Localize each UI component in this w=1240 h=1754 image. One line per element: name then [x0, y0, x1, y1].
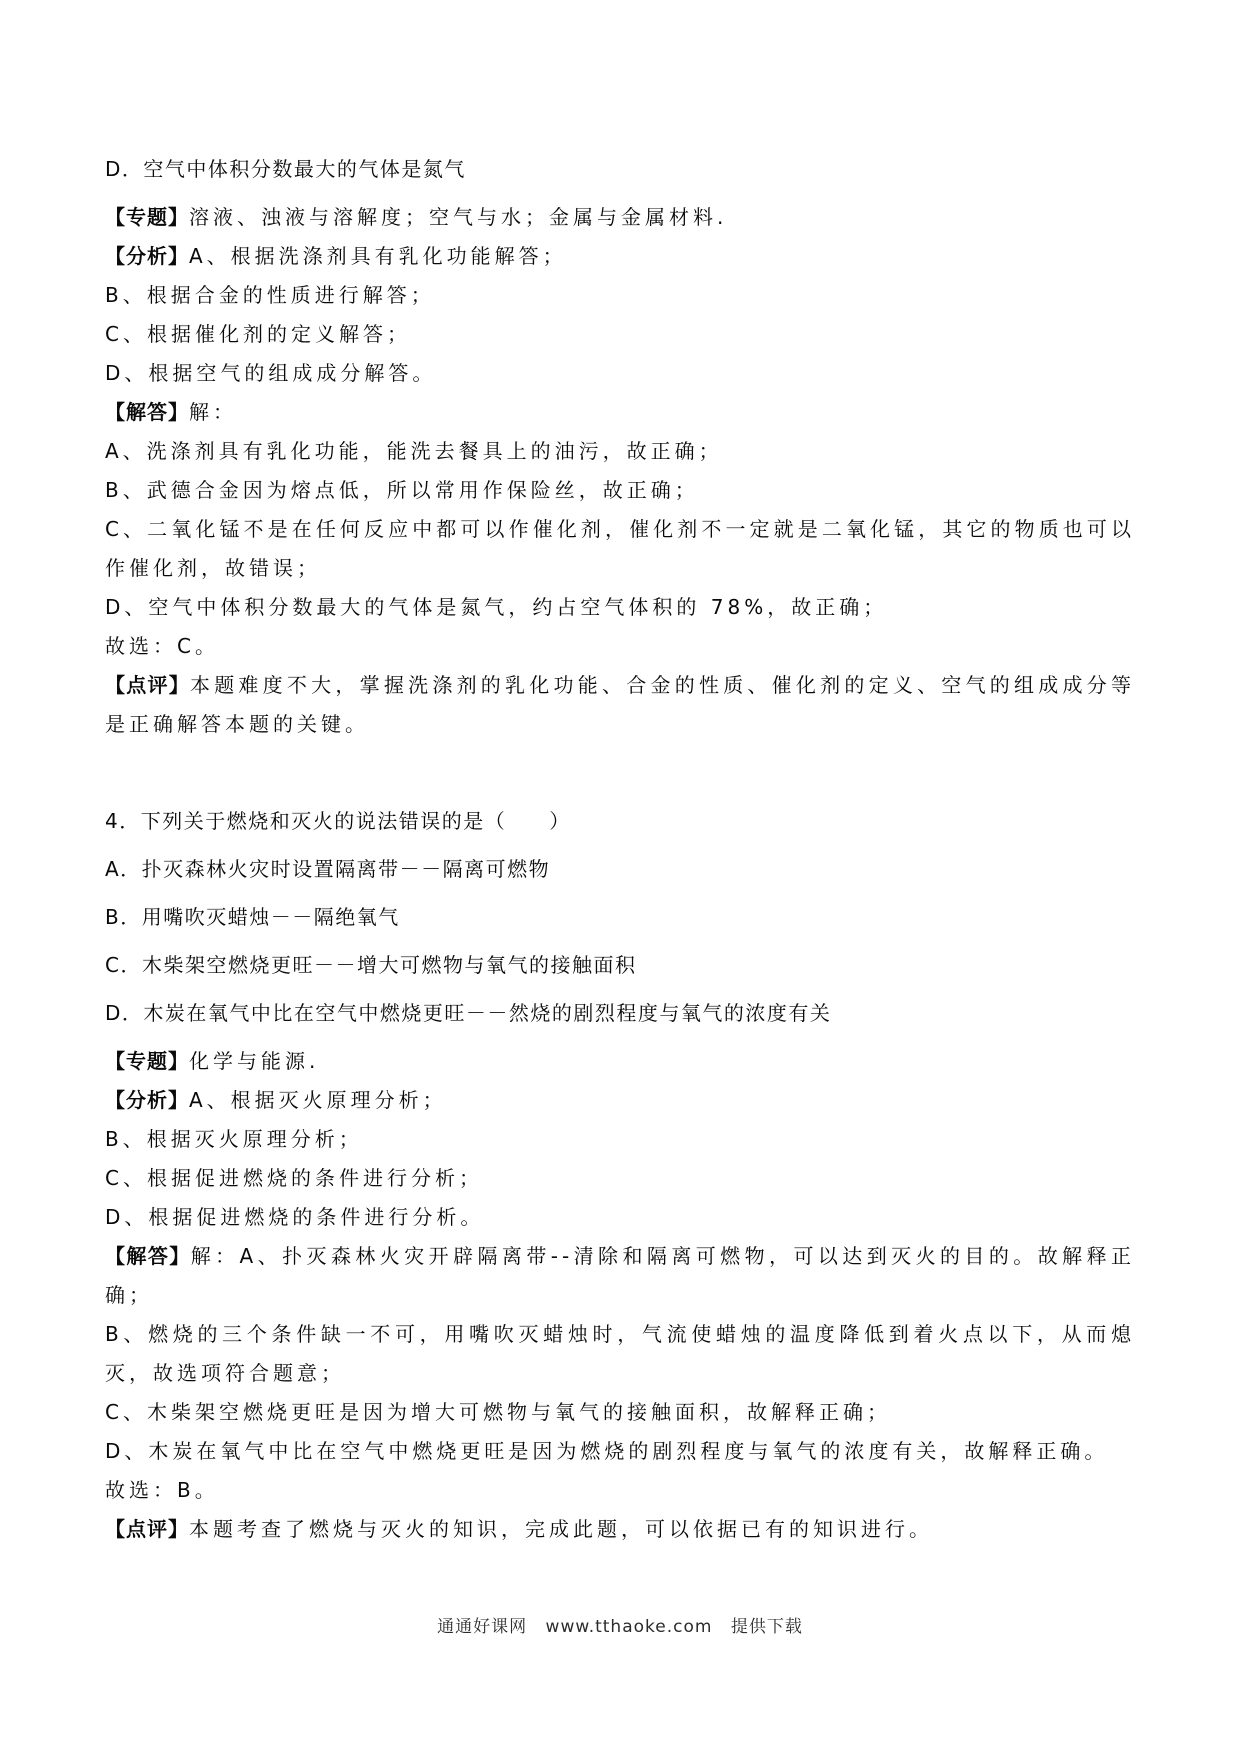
block-text: B．用嘴吹灭蜡烛－－隔绝氧气	[105, 905, 400, 929]
explanation-line: C、木柴架空燃烧更旺是因为增大可燃物与氧气的接触面积，故解释正确；	[105, 1393, 1135, 1432]
section-label: 【分析】	[105, 244, 189, 268]
footer-url: www.tthaoke.com	[546, 1617, 713, 1637]
block-text: B、武德合金因为熔点低，所以常用作保险丝，故正确；	[105, 478, 699, 502]
explanation-line: D、空气中体积分数最大的气体是氮气，约占空气体积的 78%，故正确；	[105, 588, 1135, 627]
explanation-line: 【解答】解：A、扑灭森林火灾开辟隔离带--清除和隔离可燃物，可以达到灭火的目的。…	[105, 1237, 1135, 1315]
explanation-line: 故选：B。	[105, 1471, 1135, 1510]
explanation-line: C、根据促进燃烧的条件进行分析；	[105, 1159, 1135, 1198]
block-text: 溶液、浊液与溶解度；空气与水；金属与金属材料.	[189, 205, 727, 229]
question-stem: 4．下列关于燃烧和灭火的说法错误的是（ ）	[105, 802, 1135, 841]
block-text: 本题难度不大，掌握洗涤剂的乳化功能、合金的性质、催化剂的定义、空气的组成成分等是…	[105, 673, 1135, 736]
explanation-line: D、木炭在氧气中比在空气中燃烧更旺是因为燃烧的剧烈程度与氧气的浓度有关，故解释正…	[105, 1432, 1135, 1471]
block-text: 本题考查了燃烧与灭火的知识，完成此题，可以依据已有的知识进行。	[189, 1517, 933, 1541]
footer-suffix: 提供下载	[731, 1617, 803, 1637]
document-page: D．空气中体积分数最大的气体是氮气【专题】溶液、浊液与溶解度；空气与水；金属与金…	[0, 0, 1240, 1754]
document-content: D．空气中体积分数最大的气体是氮气【专题】溶液、浊液与溶解度；空气与水；金属与金…	[0, 0, 1240, 1549]
explanation-line: 【专题】溶液、浊液与溶解度；空气与水；金属与金属材料.	[105, 198, 1135, 237]
section-label: 【解答】	[105, 1244, 191, 1268]
block-text: C．木柴架空燃烧更旺－－增大可燃物与氧气的接触面积	[105, 953, 636, 977]
block-text: A、根据洗涤剂具有乳化功能解答；	[189, 244, 567, 268]
section-label: 【专题】	[105, 205, 189, 229]
block-text: D、根据促进燃烧的条件进行分析。	[105, 1205, 484, 1229]
explanation-line: C、二氧化锰不是在任何反应中都可以作催化剂，催化剂不一定就是二氧化锰，其它的物质…	[105, 510, 1135, 588]
explanation-line: 【点评】本题考查了燃烧与灭火的知识，完成此题，可以依据已有的知识进行。	[105, 1510, 1135, 1549]
block-text: 4．下列关于燃烧和灭火的说法错误的是（ ）	[105, 809, 571, 833]
explanation-line: 【解答】解：	[105, 393, 1135, 432]
option-line: D．空气中体积分数最大的气体是氮气	[105, 150, 1135, 189]
block-text: 化学与能源.	[189, 1049, 319, 1073]
block-text: C、二氧化锰不是在任何反应中都可以作催化剂，催化剂不一定就是二氧化锰，其它的物质…	[105, 517, 1135, 580]
option-line: C．木柴架空燃烧更旺－－增大可燃物与氧气的接触面积	[105, 946, 1135, 985]
explanation-line: 【专题】化学与能源.	[105, 1042, 1135, 1081]
explanation-line: B、武德合金因为熔点低，所以常用作保险丝，故正确；	[105, 471, 1135, 510]
explanation-line: D、根据促进燃烧的条件进行分析。	[105, 1198, 1135, 1237]
block-text: B、根据灭火原理分析；	[105, 1127, 363, 1151]
section-label: 【分析】	[105, 1088, 189, 1112]
section-label: 【解答】	[105, 400, 189, 424]
block-text: 故选：B。	[105, 1478, 219, 1502]
page-footer: 通通好课网 www.tthaoke.com 提供下载	[0, 1612, 1240, 1637]
block-text: C、根据催化剂的定义解答；	[105, 322, 411, 346]
explanation-line: B、根据合金的性质进行解答；	[105, 276, 1135, 315]
explanation-line: B、根据灭火原理分析；	[105, 1120, 1135, 1159]
block-text: 解：	[189, 400, 237, 424]
explanation-line: 【分析】A、根据灭火原理分析；	[105, 1081, 1135, 1120]
explanation-line: D、根据空气的组成成分解答。	[105, 354, 1135, 393]
block-text: A．扑灭森林火灾时设置隔离带－－隔离可燃物	[105, 857, 550, 881]
option-line: A．扑灭森林火灾时设置隔离带－－隔离可燃物	[105, 850, 1135, 889]
block-text: D．空气中体积分数最大的气体是氮气	[105, 157, 466, 181]
block-text: B、根据合金的性质进行解答；	[105, 283, 435, 307]
block-text: D、空气中体积分数最大的气体是氮气，约占空气体积的 78%，故正确；	[105, 595, 887, 619]
explanation-line: 故选：C。	[105, 627, 1135, 666]
block-text: A、洗涤剂具有乳化功能，能洗去餐具上的油污，故正确；	[105, 439, 723, 463]
block-text: D、木炭在氧气中比在空气中燃烧更旺是因为燃烧的剧烈程度与氧气的浓度有关，故解释正…	[105, 1439, 1108, 1463]
option-line: D．木炭在氧气中比在空气中燃烧更旺－－然烧的剧烈程度与氧气的浓度有关	[105, 994, 1135, 1033]
explanation-line: B、燃烧的三个条件缺一不可，用嘴吹灭蜡烛时，气流使蜡烛的温度降低到着火点以下，从…	[105, 1315, 1135, 1393]
block-text: C、木柴架空燃烧更旺是因为增大可燃物与氧气的接触面积，故解释正确；	[105, 1400, 891, 1424]
section-label: 【点评】	[105, 1517, 189, 1541]
block-text: B、燃烧的三个条件缺一不可，用嘴吹灭蜡烛时，气流使蜡烛的温度降低到着火点以下，从…	[105, 1322, 1135, 1385]
explanation-line: 【点评】本题难度不大，掌握洗涤剂的乳化功能、合金的性质、催化剂的定义、空气的组成…	[105, 666, 1135, 744]
explanation-line: C、根据催化剂的定义解答；	[105, 315, 1135, 354]
block-text: 故选：C。	[105, 634, 219, 658]
section-label: 【专题】	[105, 1049, 189, 1073]
block-text: 解：A、扑灭森林火灾开辟隔离带--清除和隔离可燃物，可以达到灭火的目的。故解释正…	[105, 1244, 1135, 1307]
section-label: 【点评】	[105, 673, 190, 697]
block-text: C、根据促进燃烧的条件进行分析；	[105, 1166, 483, 1190]
explanation-line: A、洗涤剂具有乳化功能，能洗去餐具上的油污，故正确；	[105, 432, 1135, 471]
footer-site-name: 通通好课网	[437, 1617, 527, 1637]
block-text: D、根据空气的组成成分解答。	[105, 361, 436, 385]
block-text: A、根据灭火原理分析；	[189, 1088, 447, 1112]
explanation-line: 【分析】A、根据洗涤剂具有乳化功能解答；	[105, 237, 1135, 276]
option-line: B．用嘴吹灭蜡烛－－隔绝氧气	[105, 898, 1135, 937]
block-text: D．木炭在氧气中比在空气中燃烧更旺－－然烧的剧烈程度与氧气的浓度有关	[105, 1001, 831, 1025]
